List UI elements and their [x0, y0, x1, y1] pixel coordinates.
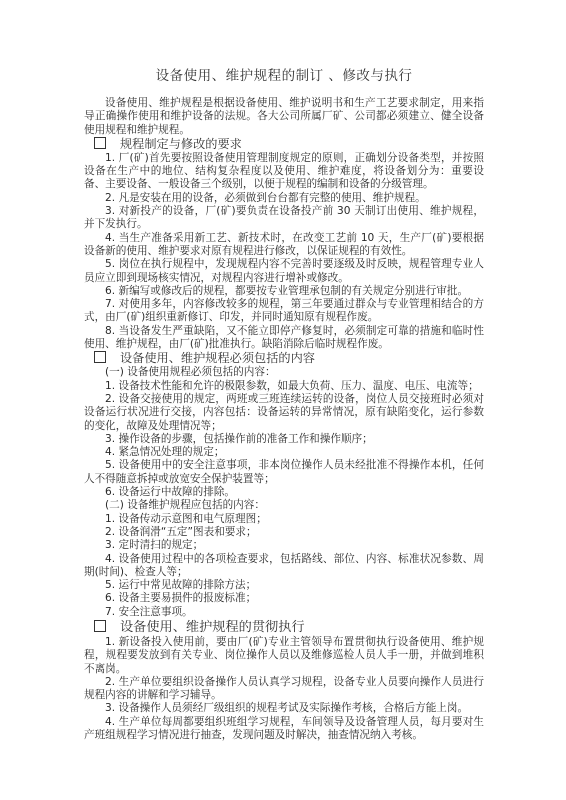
list-item: 8. 当设备发生严重缺陷，又不能立即停产修复时，必须制定可靠的措施和临时性使用、… — [84, 325, 484, 352]
section-heading-1: 规程制定与修改的要求 — [84, 137, 484, 152]
subsection-label: (一) 设备使用规程必须包括的内容： — [84, 366, 484, 379]
list-item: 4. 设备使用过程中的各项检查要求，包括路线、部位、内容、标准状况参数、周期(时… — [84, 553, 484, 580]
list-item: 1. 新设备投入使用前，要由厂(矿)专业主管领导布置贯彻执行设备使用、维护规程，… — [84, 636, 484, 676]
list-item: 5. 运行中常见故障的排除方法； — [84, 579, 484, 592]
list-item: 3. 定时清扫的规定； — [84, 539, 484, 552]
section-heading-text: 设备使用、维护规程的贯彻执行 — [120, 620, 305, 635]
list-item: 2. 设备交接使用的规定，两班或三班连续运转的设备，岗位人员交接班时必须对设备运… — [84, 393, 484, 433]
list-item: 2. 生产单位要组织设备操作人员认真学习规程，设备专业人员要向操作人员进行规程内… — [84, 676, 484, 703]
list-item: 5. 岗位在执行规程中，发现规程内容不完善时要逐级及时反映，规程管理专业人员应立… — [84, 258, 484, 285]
checkbox-square-icon — [94, 351, 106, 363]
list-item: 3. 对新投产的设备，厂(矿)要负责在设备投产前 30 天制订出使用、维护规程，… — [84, 205, 484, 232]
section-heading-text: 设备使用、维护规程必须包括的内容 — [120, 351, 315, 365]
list-item: 4. 紧急情况处理的规定； — [84, 446, 484, 459]
intro-paragraph: 设备使用、维护规程是根据设备使用、维护说明书和生产工艺要求制定，用来指导正确操作… — [84, 97, 484, 137]
list-item: 4. 当生产准备采用新工艺、新技术时，在改变工艺前 10 天，生产厂(矿)要根据… — [84, 232, 484, 259]
list-item: 7. 对使用多年，内容修改较多的规程，第三年要通过群众与专业管理相结合的方式，由… — [84, 298, 484, 325]
list-item: 3. 设备操作人员须经厂级组织的规程考试及实际操作考核，合格后方能上岗。 — [84, 702, 484, 715]
list-item: 6. 新编写或修改后的规程，都要按专业管理承包制的有关规定分别进行审批。 — [84, 285, 484, 298]
document-page: 设备使用、维护规程的制订 、修改与执行 设备使用、维护规程是根据设备使用、维护说… — [84, 66, 484, 742]
subsection-label: (二) 设备维护规程应包括的内容： — [84, 499, 484, 512]
list-item: 1. 设备传动示意图和电气原理图； — [84, 513, 484, 526]
document-title: 设备使用、维护规程的制订 、修改与执行 — [84, 66, 484, 86]
list-item: 7. 安全注意事项。 — [84, 606, 484, 619]
section-heading-text: 规程制定与修改的要求 — [120, 137, 242, 151]
list-item: 5. 设备使用中的安全注意事项，非本岗位操作人员未经批准不得操作本机，任何人不得… — [84, 459, 484, 486]
list-item: 6. 设备主要易损件的报废标准； — [84, 592, 484, 605]
section-heading-2: 设备使用、维护规程必须包括的内容 — [84, 351, 484, 366]
list-item: 1. 设备技术性能和允许的极限参数，如最大负荷、压力、温度、电压、电流等； — [84, 380, 484, 393]
list-item: 2. 凡是安装在用的设备，必须做到台台都有完整的使用、维护规程。 — [84, 192, 484, 205]
checkbox-square-icon — [94, 620, 106, 632]
list-item: 1. 厂(矿)首先要按照设备使用管理制度规定的原则，正确划分设备类型，并按照设备… — [84, 152, 484, 192]
section-heading-3: 设备使用、维护规程的贯彻执行 — [84, 619, 484, 636]
list-item: 6. 设备运行中故障的排除。 — [84, 486, 484, 499]
list-item: 4. 生产单位每周都要组织班组学习规程，车间领导及设备管理人员，每月要对生产班组… — [84, 716, 484, 743]
list-item: 2. 设备润滑“五定”图表和要求； — [84, 526, 484, 539]
checkbox-square-icon — [94, 137, 106, 149]
list-item: 3. 操作设备的步骤，包括操作前的准备工作和操作顺序； — [84, 433, 484, 446]
